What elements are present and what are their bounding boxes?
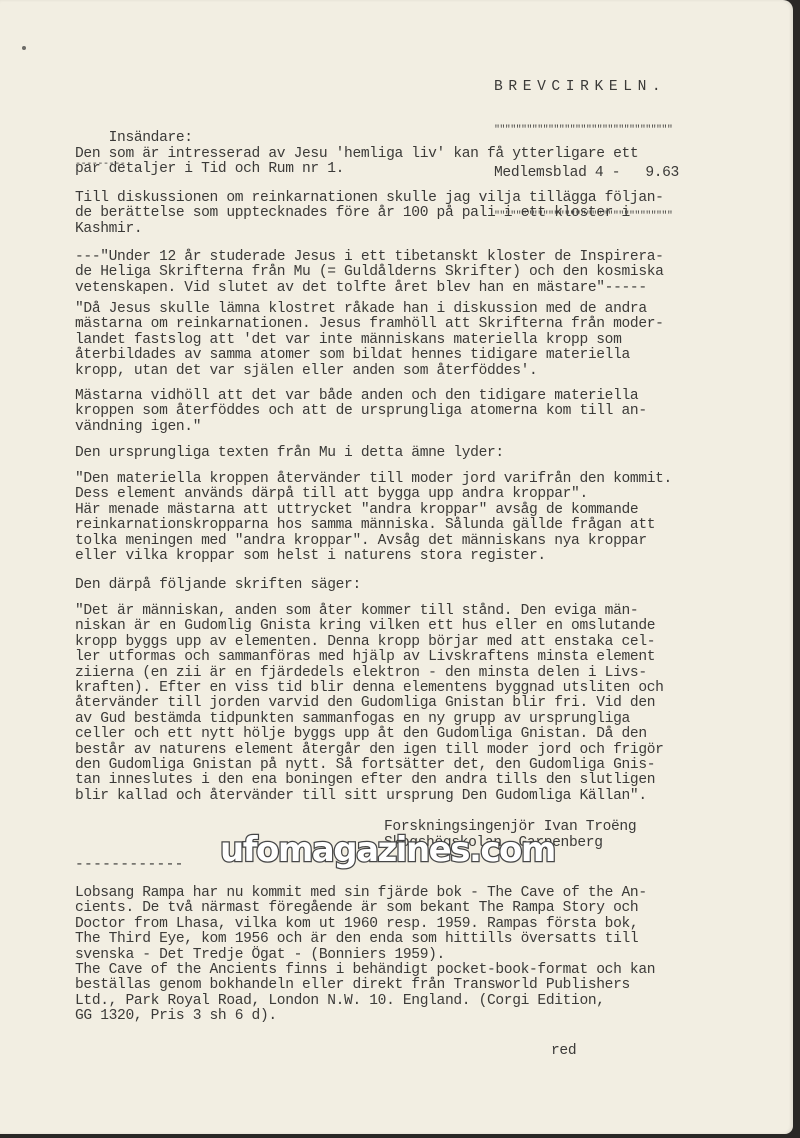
paragraph-intro: Den som är intresserad av Jesu 'hemliga … bbox=[75, 147, 638, 178]
newsletter-title: BREVCIRKELN. bbox=[494, 79, 679, 95]
paragraph-following-text: "Det är människan, anden som åter kommer… bbox=[75, 604, 664, 804]
paragraph-quote-jesus: ---"Under 12 år studerade Jesus i ett ti… bbox=[75, 250, 664, 296]
section-separator: ------------ bbox=[75, 858, 184, 873]
paragraph-masters-reply: Mästarna vidhöll att det var både anden … bbox=[75, 389, 647, 435]
paragraph-following-intro: Den därpå följande skriften säger: bbox=[75, 578, 361, 593]
document-page: BREVCIRKELN. """""""""""""""""""""""""""… bbox=[0, 0, 793, 1134]
paragraph-mu-text: "Den materiella kroppen återvänder till … bbox=[75, 472, 672, 564]
section-heading-text: Insändare: bbox=[109, 130, 193, 146]
paragraph-discussion: Till diskussionen om reinkarnationen sku… bbox=[75, 191, 664, 237]
paragraph-quote-masters: "Då Jesus skulle lämna klostret råkade h… bbox=[75, 302, 664, 379]
editor-signoff: red bbox=[551, 1044, 576, 1059]
paragraph-book-review: Lobsang Rampa har nu kommit med sin fjär… bbox=[75, 886, 655, 1025]
watermark: ufomagazines.com bbox=[220, 830, 555, 870]
header-rule-top: """"""""""""""""""""""""""""""""" bbox=[494, 126, 679, 135]
paper-speck bbox=[22, 46, 26, 50]
paragraph-mu-intro: Den ursprungliga texten från Mu i detta … bbox=[75, 446, 504, 461]
